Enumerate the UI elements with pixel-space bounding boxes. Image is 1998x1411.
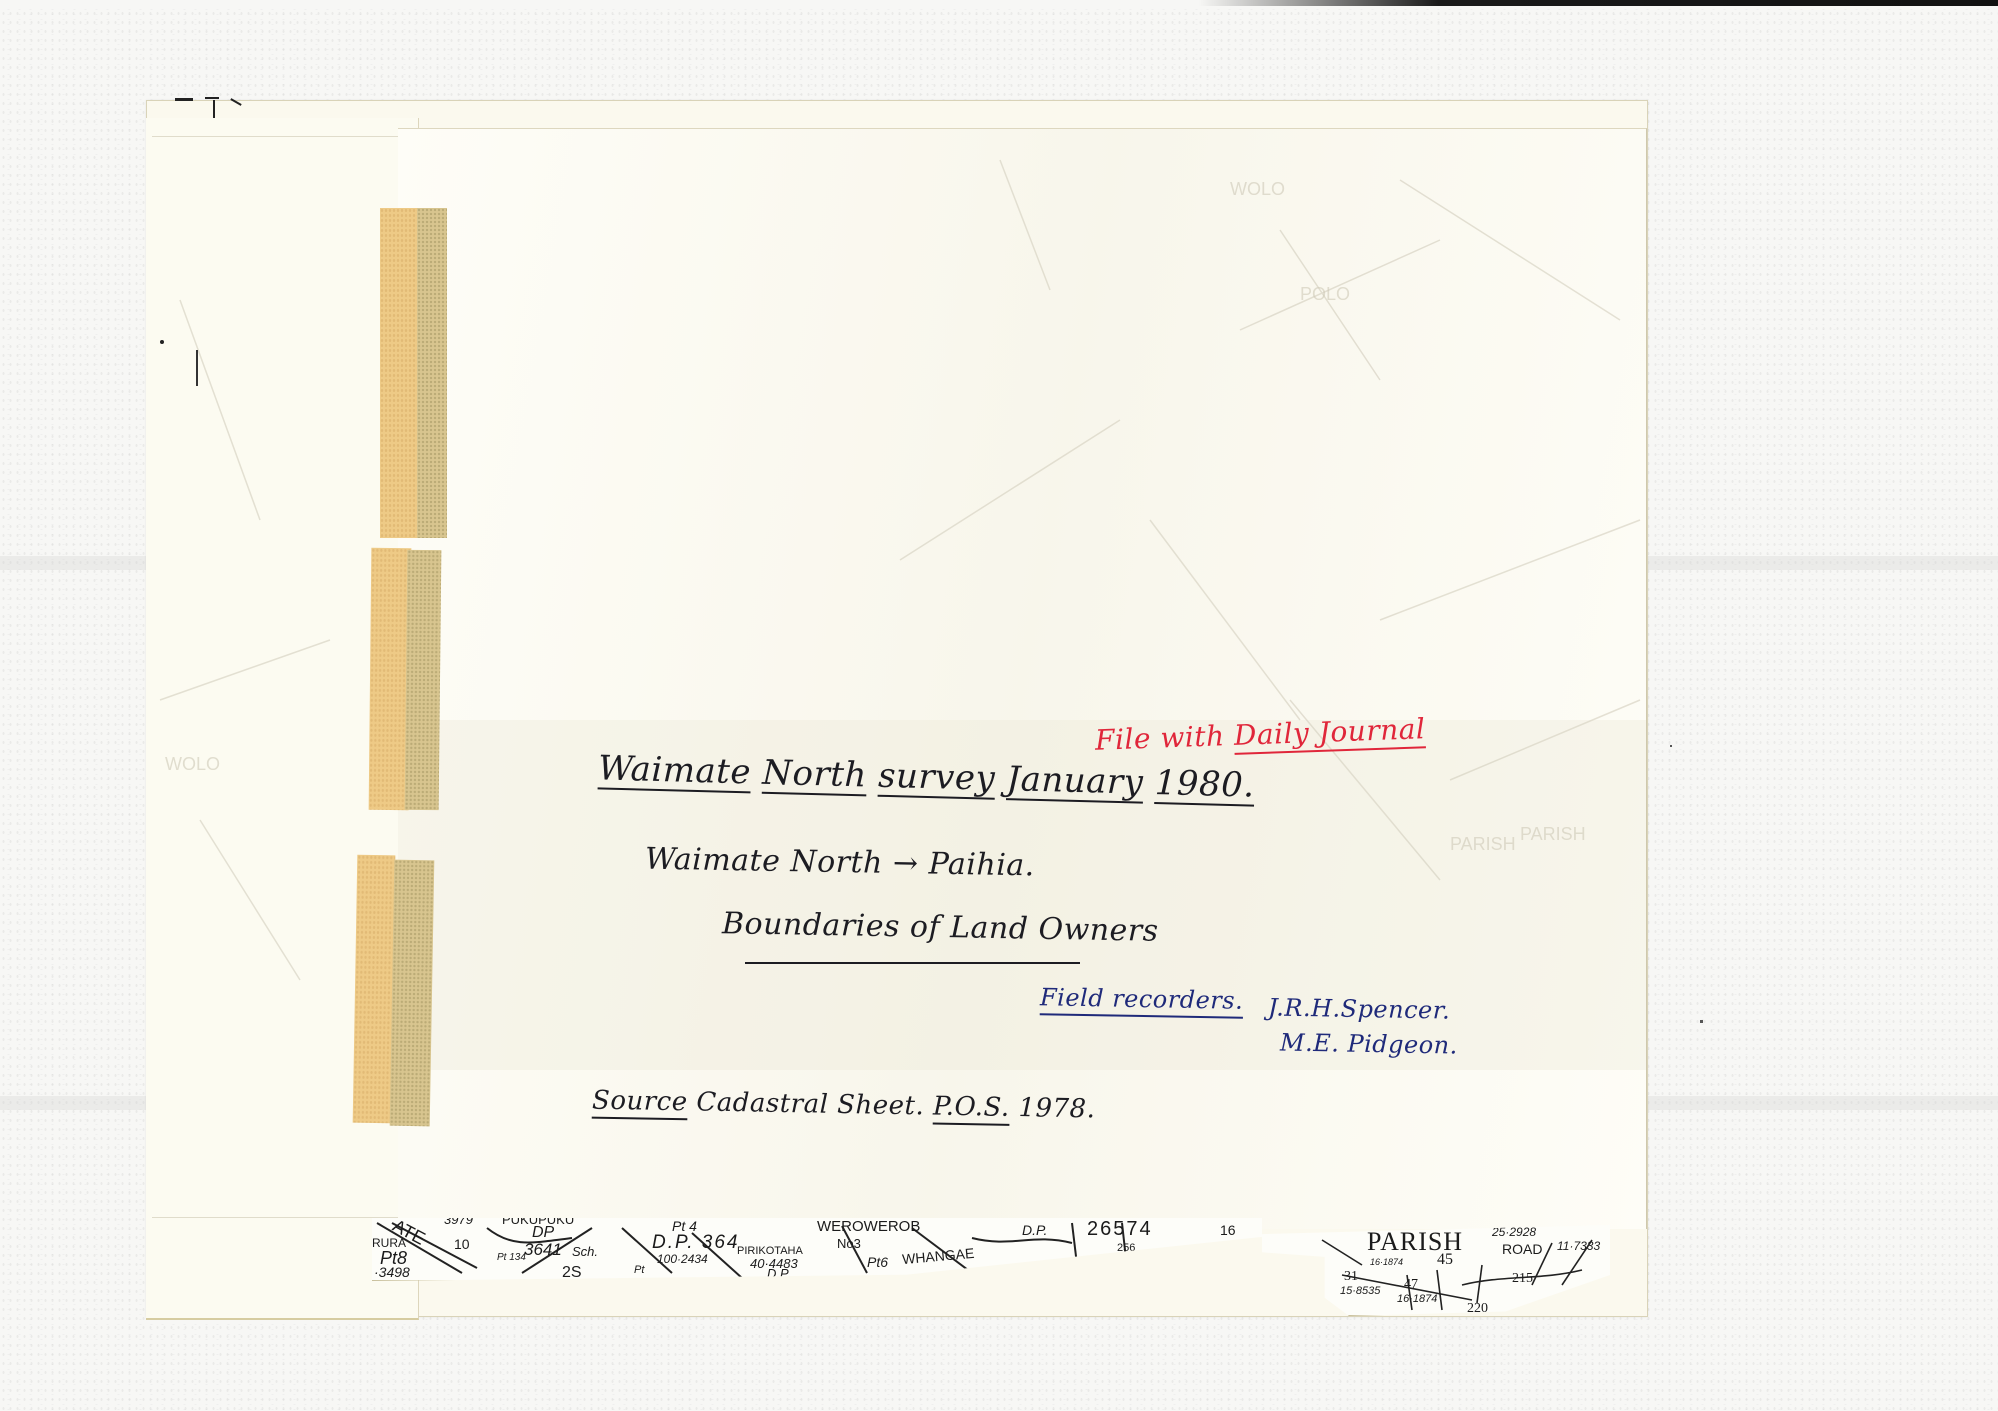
subject-underline bbox=[745, 962, 1080, 964]
map-label: 16·1874 bbox=[1370, 1257, 1403, 1267]
map-label: 3979 bbox=[444, 1218, 473, 1227]
map-label: 10 bbox=[454, 1236, 470, 1252]
map-label: 15·8535 bbox=[1340, 1285, 1380, 1297]
masking-tape-strip bbox=[405, 550, 442, 810]
map-label: D.P. bbox=[1022, 1222, 1047, 1238]
stray-mark bbox=[1670, 745, 1672, 747]
map-label: 3641 bbox=[524, 1240, 562, 1260]
map-label: Sch. bbox=[572, 1244, 598, 1259]
title-month: January bbox=[1006, 759, 1144, 803]
map-label: Pt6 bbox=[867, 1254, 888, 1270]
map-label: WEROWEROB bbox=[817, 1218, 920, 1235]
masking-tape-strip bbox=[353, 855, 396, 1124]
map-label: Pt bbox=[634, 1264, 644, 1276]
masking-tape-strip bbox=[390, 860, 435, 1127]
map-label: 31 bbox=[1344, 1269, 1358, 1285]
source-label: Source bbox=[592, 1086, 688, 1118]
map-label: 100·2434 bbox=[657, 1252, 708, 1266]
stray-mark bbox=[1700, 1020, 1703, 1023]
recorder-name-2: M.E. Pidgeon. bbox=[1280, 1028, 1458, 1059]
map-label: 47 bbox=[1404, 1277, 1418, 1293]
scanner-edge bbox=[0, 0, 1998, 6]
map-label: 11·7333 bbox=[1557, 1239, 1600, 1253]
title-direction: North bbox=[762, 753, 868, 796]
title-year: 1980. bbox=[1154, 763, 1255, 806]
filing-note-emphasis: Daily Journal bbox=[1233, 712, 1425, 752]
map-label: 16 bbox=[1220, 1222, 1236, 1238]
filing-note-prefix: File with bbox=[1095, 719, 1226, 756]
map-label: 45 bbox=[1437, 1251, 1453, 1269]
map-label: D.P. 364 bbox=[652, 1232, 739, 1254]
map-label: 2S bbox=[562, 1264, 582, 1281]
masking-tape-strip bbox=[380, 208, 420, 538]
map-mark bbox=[175, 98, 193, 101]
source-text: Cadastral Sheet. bbox=[696, 1087, 924, 1121]
map-label: No3 bbox=[837, 1236, 861, 1251]
source-ref: P.O.S. bbox=[933, 1092, 1010, 1123]
map-label: 16·1874 bbox=[1397, 1293, 1437, 1305]
stray-mark bbox=[196, 350, 198, 386]
map-label: ROAD bbox=[1502, 1241, 1542, 1257]
recorder-name-1: J.R.H.Spencer. bbox=[1268, 993, 1451, 1024]
map-label: 215 bbox=[1512, 1271, 1533, 1287]
masking-tape-strip bbox=[417, 208, 447, 538]
map-label: ·3498 bbox=[374, 1264, 410, 1280]
source-year: 1978. bbox=[1018, 1093, 1095, 1124]
stray-mark bbox=[160, 340, 164, 344]
map-label: Pt 134 bbox=[497, 1252, 526, 1263]
title-word: survey bbox=[878, 756, 996, 799]
map-mark bbox=[205, 97, 219, 99]
route-line: Waimate North → Paihia. bbox=[645, 842, 1035, 884]
map-mark bbox=[213, 100, 215, 118]
title-place: Waimate bbox=[598, 748, 752, 792]
recorders-label-text: Field recorders. bbox=[1040, 983, 1244, 1015]
field-recorders-label: Field recorders. bbox=[1040, 983, 1244, 1015]
map-label: 26574 bbox=[1087, 1218, 1153, 1241]
